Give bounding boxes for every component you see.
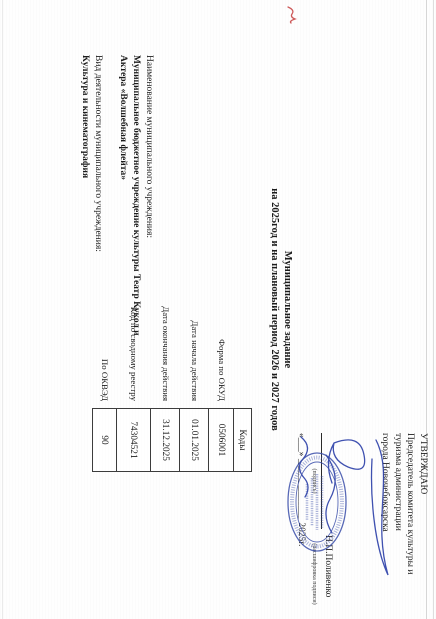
codes-row-label: Код по сводному реестру <box>116 288 151 408</box>
codes-row-label: По ОКВЭД <box>92 288 117 408</box>
approval-position-line1: Председатель комитета культуры и <box>404 433 417 619</box>
approval-heading: УТВЕРЖДАЮ <box>416 433 429 619</box>
scanned-document-page: УТВЕРЖДАЮ Председатель комитета культуры… <box>0 0 436 619</box>
codes-row-value: 01.01.2025 <box>179 408 209 472</box>
codes-table: Коды Форма по ОКУД 0506001 Дата начала д… <box>92 288 252 472</box>
title-line1: Муниципальное задание <box>281 0 294 619</box>
codes-header-cell: Коды <box>233 408 252 472</box>
codes-row-registry: Код по сводному реестру 74304521 <box>116 288 151 472</box>
codes-row-value: 31.12.2025 <box>150 408 180 472</box>
codes-row-value: 74304521 <box>116 408 151 472</box>
codes-row-label: Дата окончания действия <box>150 288 180 408</box>
codes-row-label: Дата начала действия <box>179 288 209 408</box>
codes-row-label: Форма по ОКУД <box>208 288 234 408</box>
codes-header-row: Коды <box>233 288 252 472</box>
codes-row-date-start: Дата начала действия 01.01.2025 <box>179 288 209 472</box>
scan-artifact-line <box>433 0 434 619</box>
official-stamp <box>286 450 348 554</box>
codes-row-value: 0506001 <box>208 408 234 472</box>
codes-row-date-end: Дата окончания действия 31.12.2025 <box>150 288 180 472</box>
codes-empty-label <box>233 288 252 408</box>
codes-row-value: 90 <box>92 408 117 472</box>
document-title: Муниципальное задание на 2025год и на пл… <box>268 0 294 619</box>
codes-row-okved: По ОКВЭД 90 <box>92 288 117 472</box>
rotated-document-canvas: УТВЕРЖДАЮ Председатель комитета культуры… <box>0 0 436 619</box>
codes-row-okud: Форма по ОКУД 0506001 <box>208 288 234 472</box>
scan-artifact-line <box>2 0 3 619</box>
title-line2: на 2025год и на плановый период 2026 и 2… <box>268 0 281 619</box>
org-activity-value: Культура и кинематография <box>78 55 91 400</box>
